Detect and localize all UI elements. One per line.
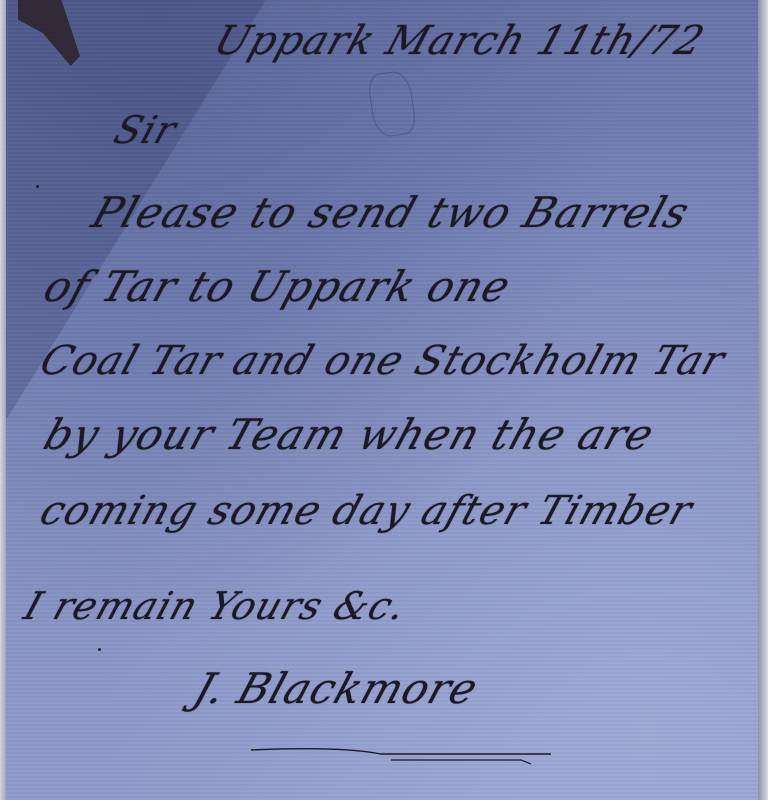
letter-paper: Uppark March 11th/72 Sir Please to send … bbox=[6, 0, 760, 800]
letter-body-line: by your Team when the are bbox=[38, 410, 661, 459]
letter-place-date: Uppark March 11th/72 bbox=[209, 18, 711, 64]
ink-dot bbox=[98, 648, 101, 651]
letter-body-line: Please to send two Barrels bbox=[86, 188, 696, 237]
letter-closing: I remain Yours &c. bbox=[19, 584, 413, 628]
ink-dot bbox=[36, 185, 39, 188]
letter-body-line: Coal Tar and one Stockholm Tar bbox=[35, 338, 731, 384]
letter-signature: J. Blackmore bbox=[188, 664, 485, 713]
frame-right-edge bbox=[758, 0, 768, 800]
letter-body-line: of Tar to Uppark one bbox=[38, 262, 517, 311]
paper-watermark bbox=[367, 69, 417, 138]
letter-body-line: coming some day after Timber bbox=[35, 488, 699, 534]
signature-flourish-icon bbox=[251, 746, 551, 766]
